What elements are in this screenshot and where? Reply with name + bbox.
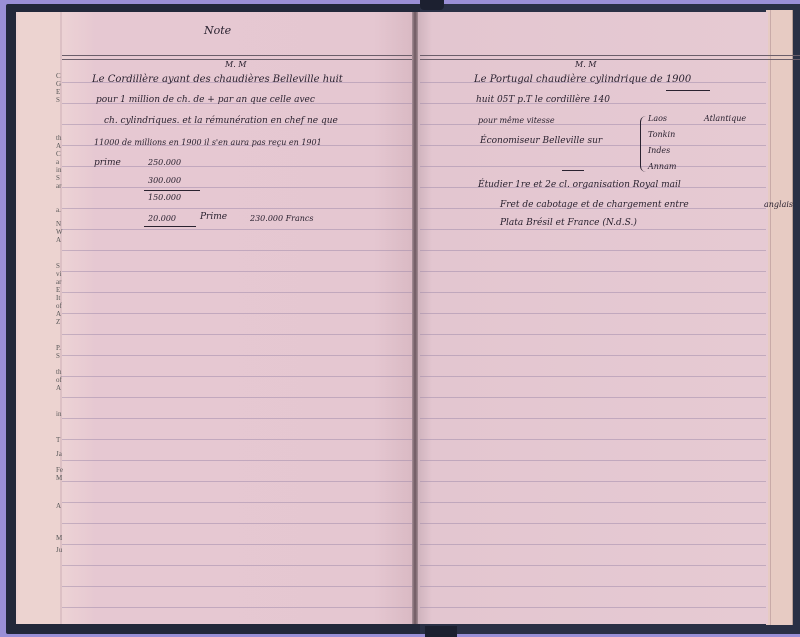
right-line-1-underline — [666, 90, 710, 91]
left-line-4: 11000 de millions en 1900 il s'en aura p… — [94, 138, 322, 147]
right-header-rule-top — [420, 55, 800, 56]
calc-sum-rule — [144, 190, 200, 191]
calc-value-2: 300.000 — [148, 176, 181, 185]
bookmark-ribbon-bottom — [425, 626, 457, 637]
left-header-rule-top — [62, 55, 414, 56]
calc-difference: 150.000 — [148, 193, 181, 202]
brace-bracket — [640, 116, 647, 172]
right-bottom-line-2: Fret de cabotage et de chargement entre — [500, 200, 689, 210]
brace-item-tonkin: Tonkin — [648, 130, 675, 139]
brace-note: Atlantique — [704, 114, 746, 123]
calc-value-1: 250.000 — [148, 158, 181, 167]
bookmark-ribbon-top — [420, 0, 444, 10]
calc-result-underline — [144, 226, 196, 227]
right-line-1: Le Portugal chaudière cylindrique de 190… — [474, 74, 691, 85]
brace-item-laos: Laos — [648, 114, 667, 123]
brace-item-annam: Annam — [648, 162, 676, 171]
right-line-2: huit 05T p.T le cordillère 140 — [476, 95, 610, 105]
section-divider — [562, 170, 584, 171]
page-stack-line — [770, 10, 771, 625]
right-bottom-line-1: Étudier 1re et 2e cl. organisation Royal… — [478, 180, 681, 190]
right-line-3: pour même vitesse — [478, 116, 555, 125]
left-line-3: ch. cylindriques. et la rémunération en … — [104, 116, 338, 126]
brace-item-indes: Indes — [648, 146, 670, 155]
right-header-rule-bottom — [420, 59, 800, 60]
right-margin-note: anglais — [764, 200, 793, 209]
left-line-2: pour 1 million de ch. de + par an que ce… — [96, 95, 315, 105]
left-section-mark: M. M — [225, 60, 246, 69]
calc-result-label: Prime — [200, 212, 227, 222]
calc-result: 20.000 — [148, 214, 176, 223]
left-line-1: Le Cordillère ayant des chaudières Belle… — [92, 74, 343, 85]
right-line-4: Économiseur Belleville sur — [480, 136, 602, 146]
right-section-mark: M. M — [575, 60, 596, 69]
left-page-header-title: Note — [204, 24, 231, 37]
left-line-5-prime: prime — [94, 158, 121, 168]
right-page-ruling — [420, 62, 766, 622]
calc-note: 230.000 Francs — [250, 214, 314, 223]
right-bottom-line-3: Plata Brésil et France (N.d.S.) — [500, 218, 637, 228]
